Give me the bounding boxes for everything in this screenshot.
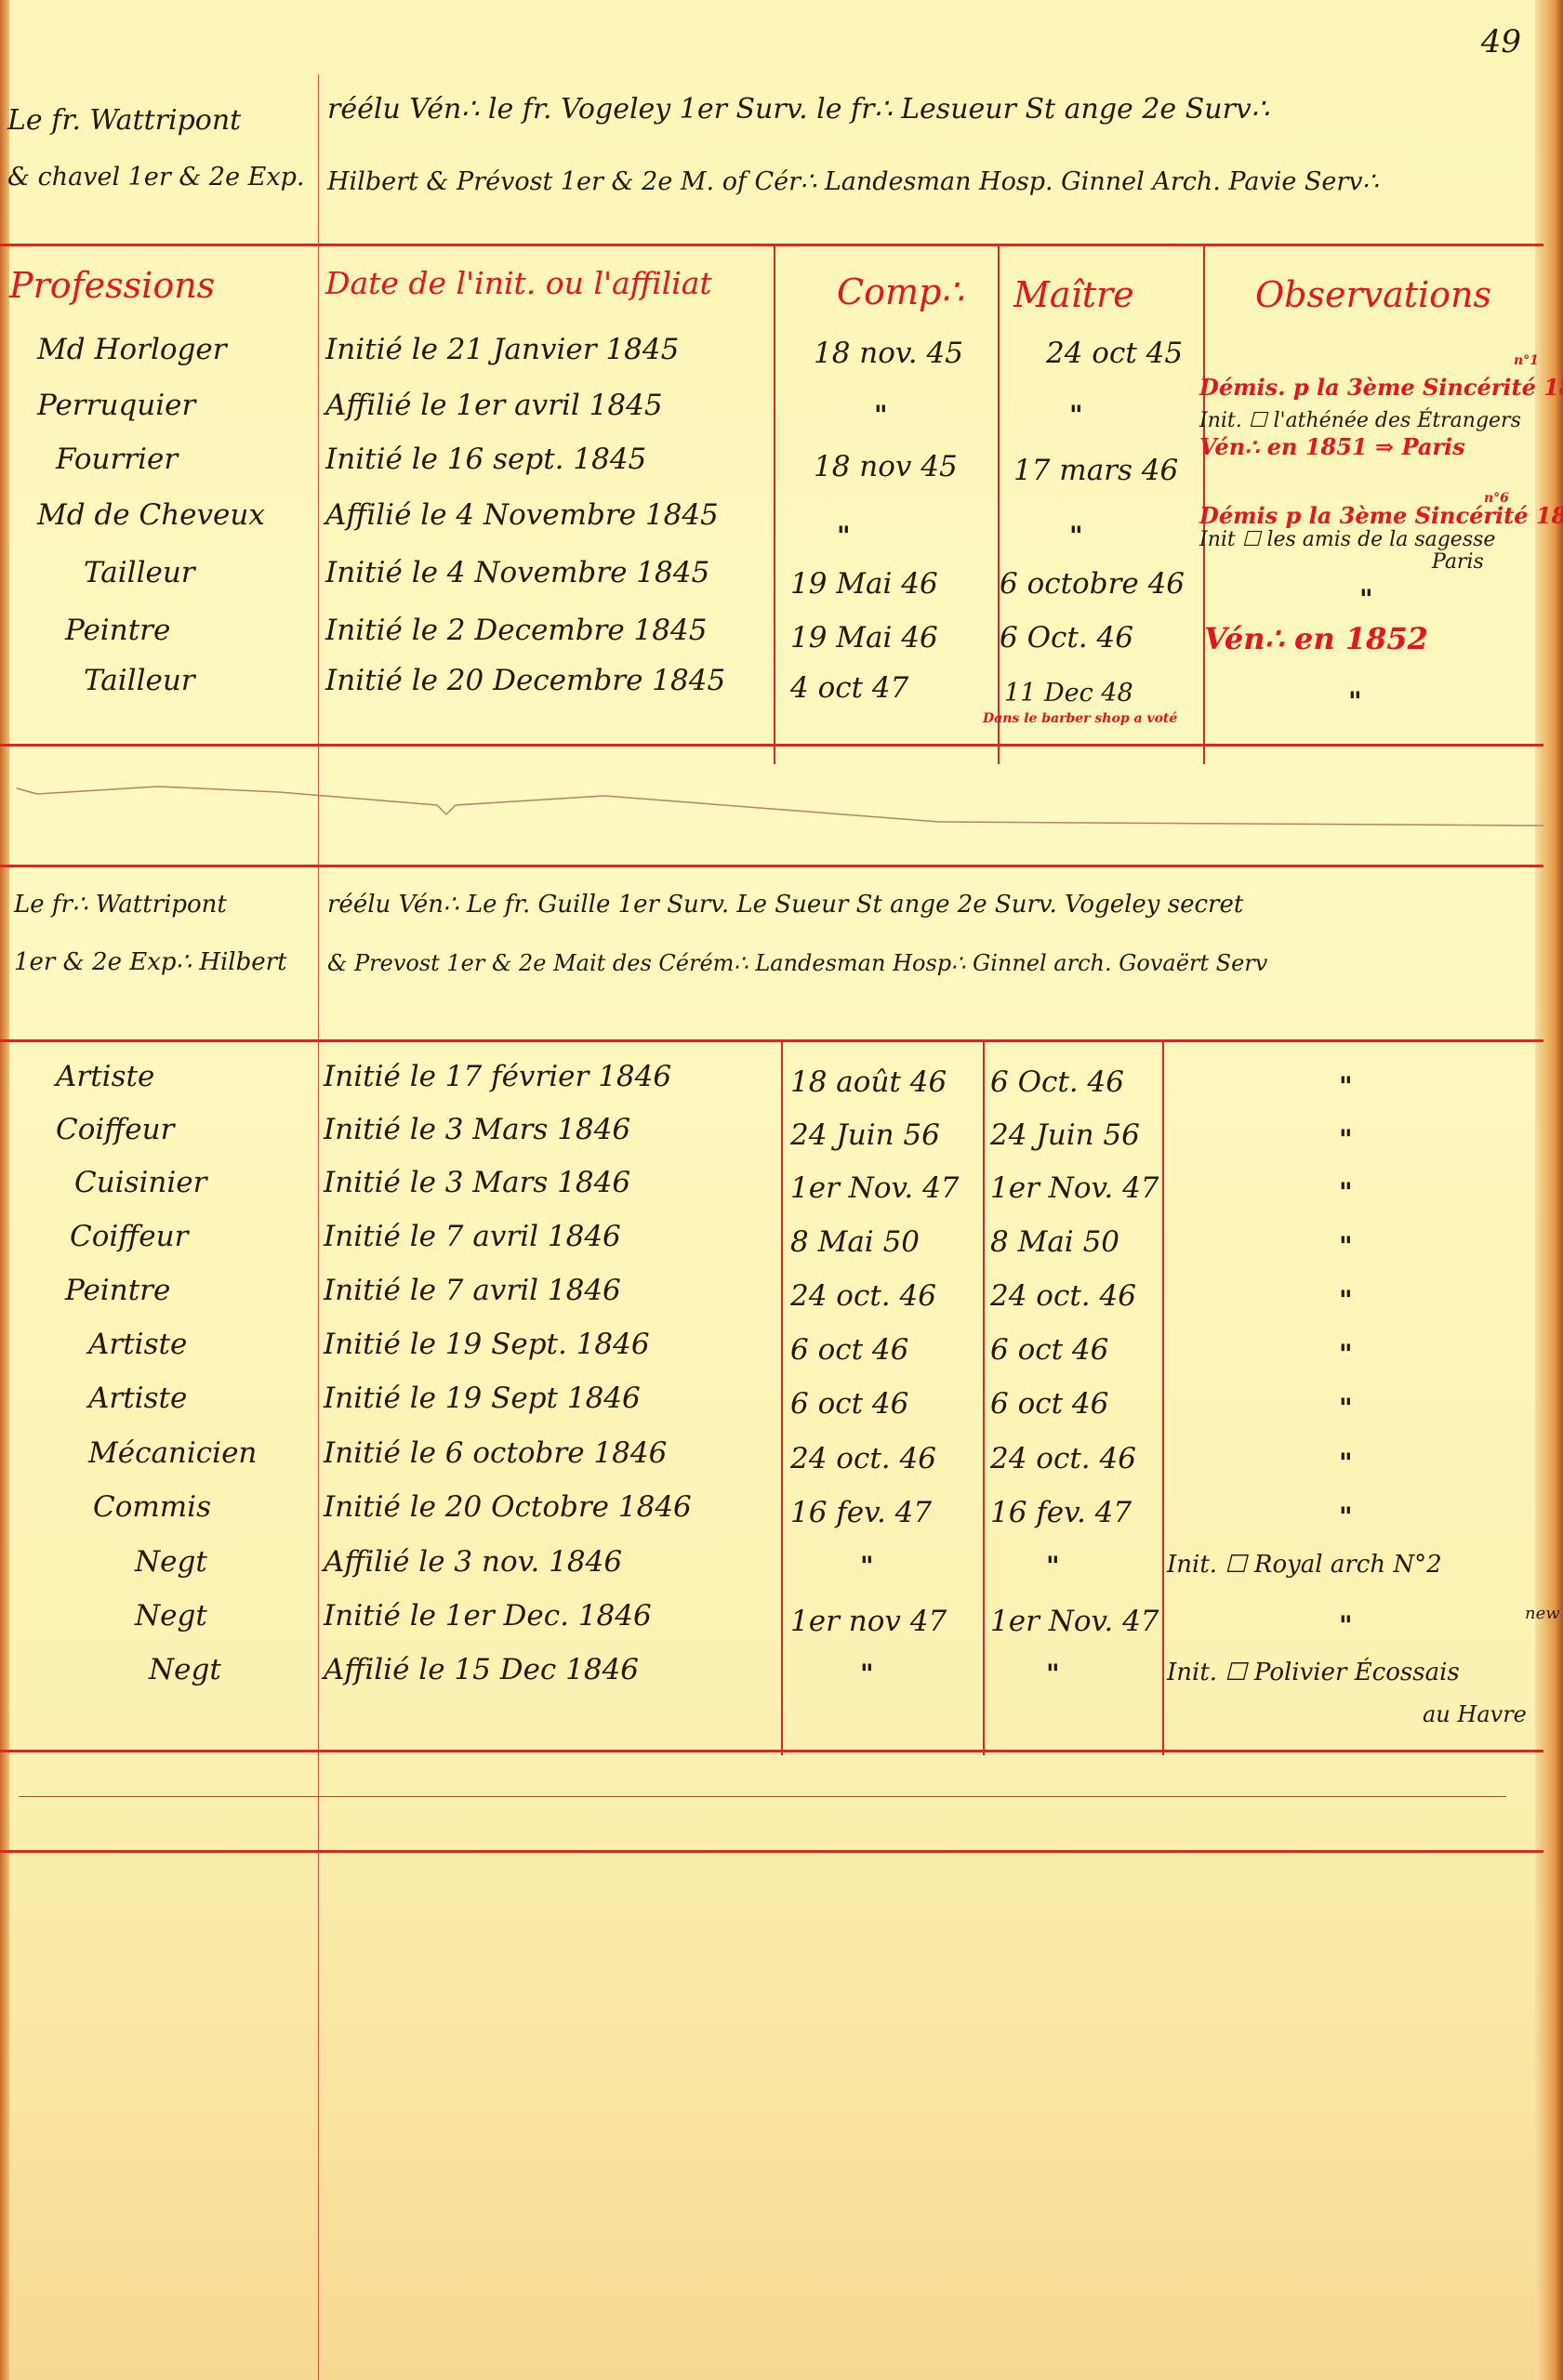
cell-date: Affilié le 15 Dec 1846	[324, 1653, 639, 1686]
note-init-4: Init ☐ les amis de la sagesse	[1199, 528, 1495, 551]
header-comp: Comp∴	[837, 271, 964, 312]
cell-date: Initié le 19 Sept 1846	[324, 1382, 641, 1415]
cell-maitre: "	[1046, 1551, 1060, 1581]
cell-date: Initié le 6 octobre 1846	[324, 1436, 667, 1470]
header-maitre: Maître	[1013, 274, 1134, 315]
cell-profession: Md de Cheveux	[37, 498, 265, 532]
cell-profession: Md Horloger	[37, 333, 227, 366]
cell-comp: 24 oct. 46	[790, 1279, 936, 1313]
cell-observations: "	[1348, 686, 1362, 717]
cell-observations: Init. ☐ Polivier Écossais	[1167, 1659, 1460, 1686]
cell-profession: Artiste	[88, 1382, 187, 1415]
cell-comp: 24 oct. 46	[790, 1442, 936, 1475]
cell-date: Initié le 17 février 1846	[324, 1060, 671, 1093]
table2-bottom-rule	[0, 1750, 1543, 1752]
note-barber-shop: Dans le barber shop a voté	[983, 711, 1177, 726]
separator-flourish	[9, 781, 1553, 827]
cell-comp: 1er Nov. 47	[790, 1171, 960, 1205]
cell-profession: Peintre	[65, 1274, 170, 1307]
note-no-1: n°1	[1514, 353, 1539, 368]
cell-maitre: 6 Oct. 46	[990, 1065, 1124, 1099]
cell-comp: 1er nov 47	[790, 1605, 947, 1638]
cell-observations: "	[1339, 1448, 1353, 1478]
cell-profession: Negt	[149, 1653, 221, 1686]
cell-observations: "	[1339, 1393, 1353, 1423]
minutes2-line-1-right: réélu Vén∴ Le fr. Guille 1er Surv. Le Su…	[327, 891, 1243, 919]
cell-observations: "	[1339, 1610, 1353, 1641]
cell-maitre: 16 fev. 47	[990, 1496, 1132, 1529]
cell-observations: "	[1339, 1339, 1353, 1369]
cell-maitre: 24 Juin 56	[990, 1118, 1140, 1152]
table2-top-rule	[0, 1039, 1543, 1042]
note-init-2: Init. ☐ l'athénée des Étrangers	[1199, 409, 1521, 432]
note-demission-1: Démis. p la 3ème Sincérité 1853	[1199, 374, 1563, 401]
table2-col-rule-maitre	[983, 1039, 985, 1755]
cell-comp: 18 nov. 45	[814, 337, 963, 370]
cell-profession: Perruquier	[37, 389, 195, 422]
minutes-line-2-right: Hilbert & Prévost 1er & 2e M. of Cér∴ La…	[327, 167, 1379, 196]
cell-date: Affilié le 1er avril 1845	[325, 389, 663, 422]
cell-observations: "	[1339, 1231, 1353, 1262]
cell-comp: 8 Mai 50	[790, 1225, 920, 1259]
table1-col-rule-comp	[774, 244, 775, 764]
cell-comp: "	[860, 1659, 874, 1689]
cell-observations: "	[1339, 1285, 1353, 1316]
cell-maitre: "	[1046, 1659, 1060, 1689]
cell-comp: 19 Mai 46	[790, 621, 938, 654]
cell-date: Affilié le 3 nov. 1846	[324, 1545, 622, 1579]
cell-date: Initié le 4 Novembre 1845	[325, 556, 709, 589]
note-demission-4: Démis p la 3ème Sincérité 1853	[1199, 502, 1563, 529]
cell-maitre: 17 mars 46	[1013, 454, 1178, 487]
cell-maitre: 24 oct 45	[1046, 337, 1183, 370]
note-city-4: Paris	[1432, 550, 1484, 574]
minutes2-line-2-right: & Prevost 1er & 2e Mait des Cérém∴ Lande…	[327, 950, 1267, 976]
cell-comp: "	[874, 400, 888, 430]
cell-comp: "	[837, 521, 851, 551]
table2-closing-rule	[19, 1796, 1506, 1797]
blank-section-top-rule	[0, 1850, 1543, 1853]
cell-date: Initié le 21 Janvier 1845	[325, 333, 679, 366]
section2-top-rule	[0, 865, 1543, 867]
cell-date: Initié le 7 avril 1846	[324, 1274, 621, 1307]
cell-maitre: 6 oct 46	[990, 1333, 1108, 1367]
cell-observations: "	[1359, 584, 1373, 615]
cell-maitre: 6 octobre 46	[1000, 567, 1185, 601]
page-number: 49	[1481, 23, 1521, 60]
cell-maitre: 1er Nov. 47	[990, 1605, 1159, 1638]
cell-profession: Negt	[135, 1599, 207, 1633]
cell-date: Initié le 20 Octobre 1846	[324, 1490, 692, 1524]
cell-comp: 24 Juin 56	[790, 1118, 940, 1152]
cell-observations: "	[1339, 1177, 1353, 1208]
cell-date: Initié le 16 sept. 1845	[325, 443, 646, 476]
margin-rule	[318, 74, 319, 2380]
cell-profession: Peintre	[65, 614, 170, 647]
cell-comp: 6 oct 46	[790, 1387, 908, 1421]
cell-profession: Artiste	[56, 1060, 154, 1093]
cell-observations: Init. ☐ Royal arch N°2	[1167, 1551, 1442, 1579]
cell-date: Initié le 20 Decembre 1845	[325, 664, 725, 697]
cell-date: Affilié le 4 Novembre 1845	[325, 498, 719, 532]
cell-date: Initié le 3 Mars 1846	[324, 1113, 630, 1146]
note-city-12: au Havre	[1423, 1701, 1527, 1727]
table1-top-rule	[0, 244, 1543, 246]
cell-date: Initié le 19 Sept. 1846	[324, 1328, 650, 1361]
cell-date: Initié le 3 Mars 1846	[324, 1166, 630, 1199]
cell-maitre: 11 Dec 48	[1004, 679, 1133, 707]
cell-comp: 18 août 46	[790, 1065, 947, 1099]
header-date: Date de l'init. ou l'affiliat	[325, 265, 712, 301]
cell-profession: Cuisinier	[74, 1166, 206, 1199]
cell-observations: "	[1339, 1071, 1353, 1102]
note-no-4: n°6	[1484, 491, 1509, 506]
cell-comp: 18 nov 45	[814, 450, 958, 483]
note-city-10: new york	[1525, 1604, 1563, 1623]
header-observations: Observations	[1255, 274, 1491, 315]
cell-profession: Coiffeur	[70, 1220, 188, 1253]
cell-profession: Negt	[135, 1545, 207, 1579]
cell-maitre: 1er Nov. 47	[990, 1171, 1159, 1205]
cell-profession: Tailleur	[84, 664, 195, 697]
cell-comp: 16 fev. 47	[790, 1496, 932, 1529]
cell-observations: "	[1339, 1124, 1353, 1155]
minutes-line-2-left: & chavel 1er & 2e Exp.	[7, 163, 304, 192]
page-edge-left	[0, 0, 9, 2380]
cell-profession: Fourrier	[56, 443, 178, 476]
cell-profession: Tailleur	[84, 556, 195, 589]
minutes-line-1-right: réélu Vén∴ le fr. Vogeley 1er Surv. le f…	[327, 93, 1269, 126]
cell-maitre: 24 oct. 46	[990, 1279, 1136, 1313]
cell-profession: Artiste	[88, 1328, 187, 1361]
table1-col-rule-maitre	[998, 244, 1000, 764]
minutes2-line-1-left: Le fr∴ Wattripont	[14, 891, 227, 919]
minutes-line-1-left: Le fr. Wattripont	[7, 104, 241, 137]
cell-maitre: 8 Mai 50	[990, 1225, 1119, 1259]
cell-maitre: 6 oct 46	[990, 1387, 1108, 1421]
cell-maitre: "	[1069, 400, 1083, 430]
cell-observations: "	[1339, 1501, 1353, 1532]
note-ven-2: Vén∴ en 1851 ⇒ Paris	[1199, 433, 1465, 460]
cell-maitre: 6 Oct. 46	[1000, 621, 1133, 654]
cell-maitre: 24 oct. 46	[990, 1442, 1136, 1475]
header-professions: Professions	[9, 265, 215, 306]
cell-profession: Coiffeur	[56, 1113, 174, 1146]
table2-col-rule-obs	[1162, 1039, 1164, 1755]
page-edge-right	[1535, 0, 1563, 2380]
cell-comp: "	[860, 1551, 874, 1581]
cell-date: Initié le 1er Dec. 1846	[324, 1599, 652, 1633]
table1-bottom-rule	[0, 744, 1543, 747]
cell-profession: Mécanicien	[88, 1436, 257, 1470]
table2-col-rule-comp	[781, 1039, 783, 1755]
cell-comp: 6 oct 46	[790, 1333, 908, 1367]
cell-profession: Commis	[93, 1490, 211, 1524]
cell-comp: 4 oct 47	[790, 671, 908, 705]
cell-date: Initié le 7 avril 1846	[324, 1220, 621, 1253]
cell-comp: 19 Mai 46	[790, 567, 938, 601]
cell-maitre: "	[1069, 521, 1083, 551]
cell-observations: Vén∴ en 1852	[1204, 621, 1428, 656]
cell-date: Initié le 2 Decembre 1845	[325, 614, 707, 647]
minutes2-line-2-left: 1er & 2e Exp∴ Hilbert	[14, 948, 287, 976]
